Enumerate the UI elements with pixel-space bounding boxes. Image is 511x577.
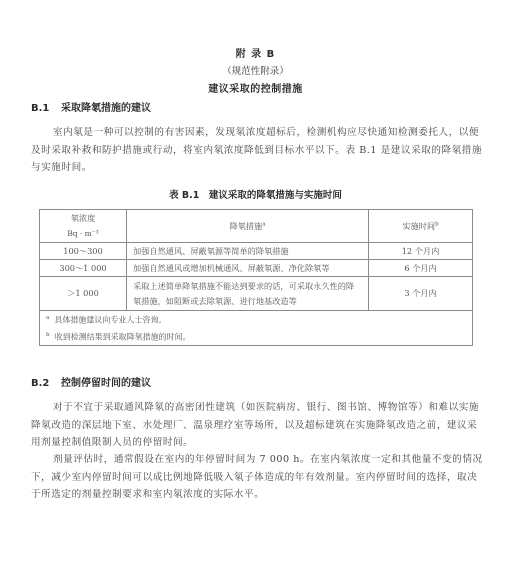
radon-measures-table: 氡浓度 Bq · m⁻³ 降氡措施a 实施时间b 100～300 加强自然通风、… — [39, 209, 473, 346]
section-title: 控制停留时间的建议 — [61, 378, 151, 389]
appendix-title: 附 录 B — [0, 45, 511, 60]
cell-time: 6 个月内 — [369, 260, 473, 277]
cell-range: 100～300 — [40, 243, 127, 260]
section-b2-paragraph: 剂量评估时，通常假设在室内的年停留时间为 7 000 h。在室内氡浓度一定和其他… — [31, 451, 483, 504]
section-b2-paragraph: 对于不宜于采取通风降氡的高密闭性建筑（如医院病房、银行、图书馆、博物馆等）和难以… — [31, 399, 483, 452]
appendix-subject: 建议采取的控制措施 — [0, 80, 511, 95]
table-row: 300～1 000 加强自然通风或增加机械通风、屏蔽氡源、净化除氡等 6 个月内 — [40, 260, 473, 277]
appendix-type: （规范性附录） — [0, 63, 511, 77]
table-row: ＞1 000 采取上述简单降氡措施不能达到要求的话，可采取永久性的降氡措施，如阻… — [40, 277, 473, 311]
cell-range: ＞1 000 — [40, 277, 127, 311]
table-footnotes: a 具体措施建议向专业人士咨询。 b 收到检测结果到采取降氡措施的时间。 — [40, 311, 473, 346]
header-time: 实施时间b — [369, 210, 473, 243]
header-concentration: 氡浓度 Bq · m⁻³ — [40, 210, 127, 243]
header-measure: 降氡措施a — [127, 210, 369, 243]
section-number: B.2 — [31, 378, 61, 389]
section-b1-heading: B.1采取降氡措施的建议 — [31, 99, 151, 114]
section-b2-heading: B.2控制停留时间的建议 — [31, 374, 151, 389]
section-title: 采取降氡措施的建议 — [61, 103, 151, 114]
section-number: B.1 — [31, 103, 61, 114]
table-row: 100～300 加强自然通风、屏蔽氡源等简单的降氡措施 12 个月内 — [40, 243, 473, 260]
cell-range: 300～1 000 — [40, 260, 127, 277]
cell-measure: 加强自然通风或增加机械通风、屏蔽氡源、净化除氡等 — [127, 260, 369, 277]
cell-time: 12 个月内 — [369, 243, 473, 260]
cell-time: 3 个月内 — [369, 277, 473, 311]
table-header-row: 氡浓度 Bq · m⁻³ 降氡措施a 实施时间b — [40, 210, 473, 243]
cell-measure: 采取上述简单降氡措施不能达到要求的话，可采取永久性的降氡措施，如阻断或去除氡源、… — [127, 277, 369, 311]
table-caption: 表 B.1 建议采取的降氡措施与实施时间 — [0, 187, 511, 201]
footnote: b 收到检测结果到采取降氡措施的时间。 — [46, 328, 466, 345]
cell-measure: 加强自然通风、屏蔽氡源等简单的降氡措施 — [127, 243, 369, 260]
footnote: a 具体措施建议向专业人士咨询。 — [46, 311, 466, 328]
section-b1-paragraph: 室内氡是一种可以控制的有害因素，发现氡浓度超标后，检测机构应尽快通知检测委托人，… — [31, 124, 483, 177]
